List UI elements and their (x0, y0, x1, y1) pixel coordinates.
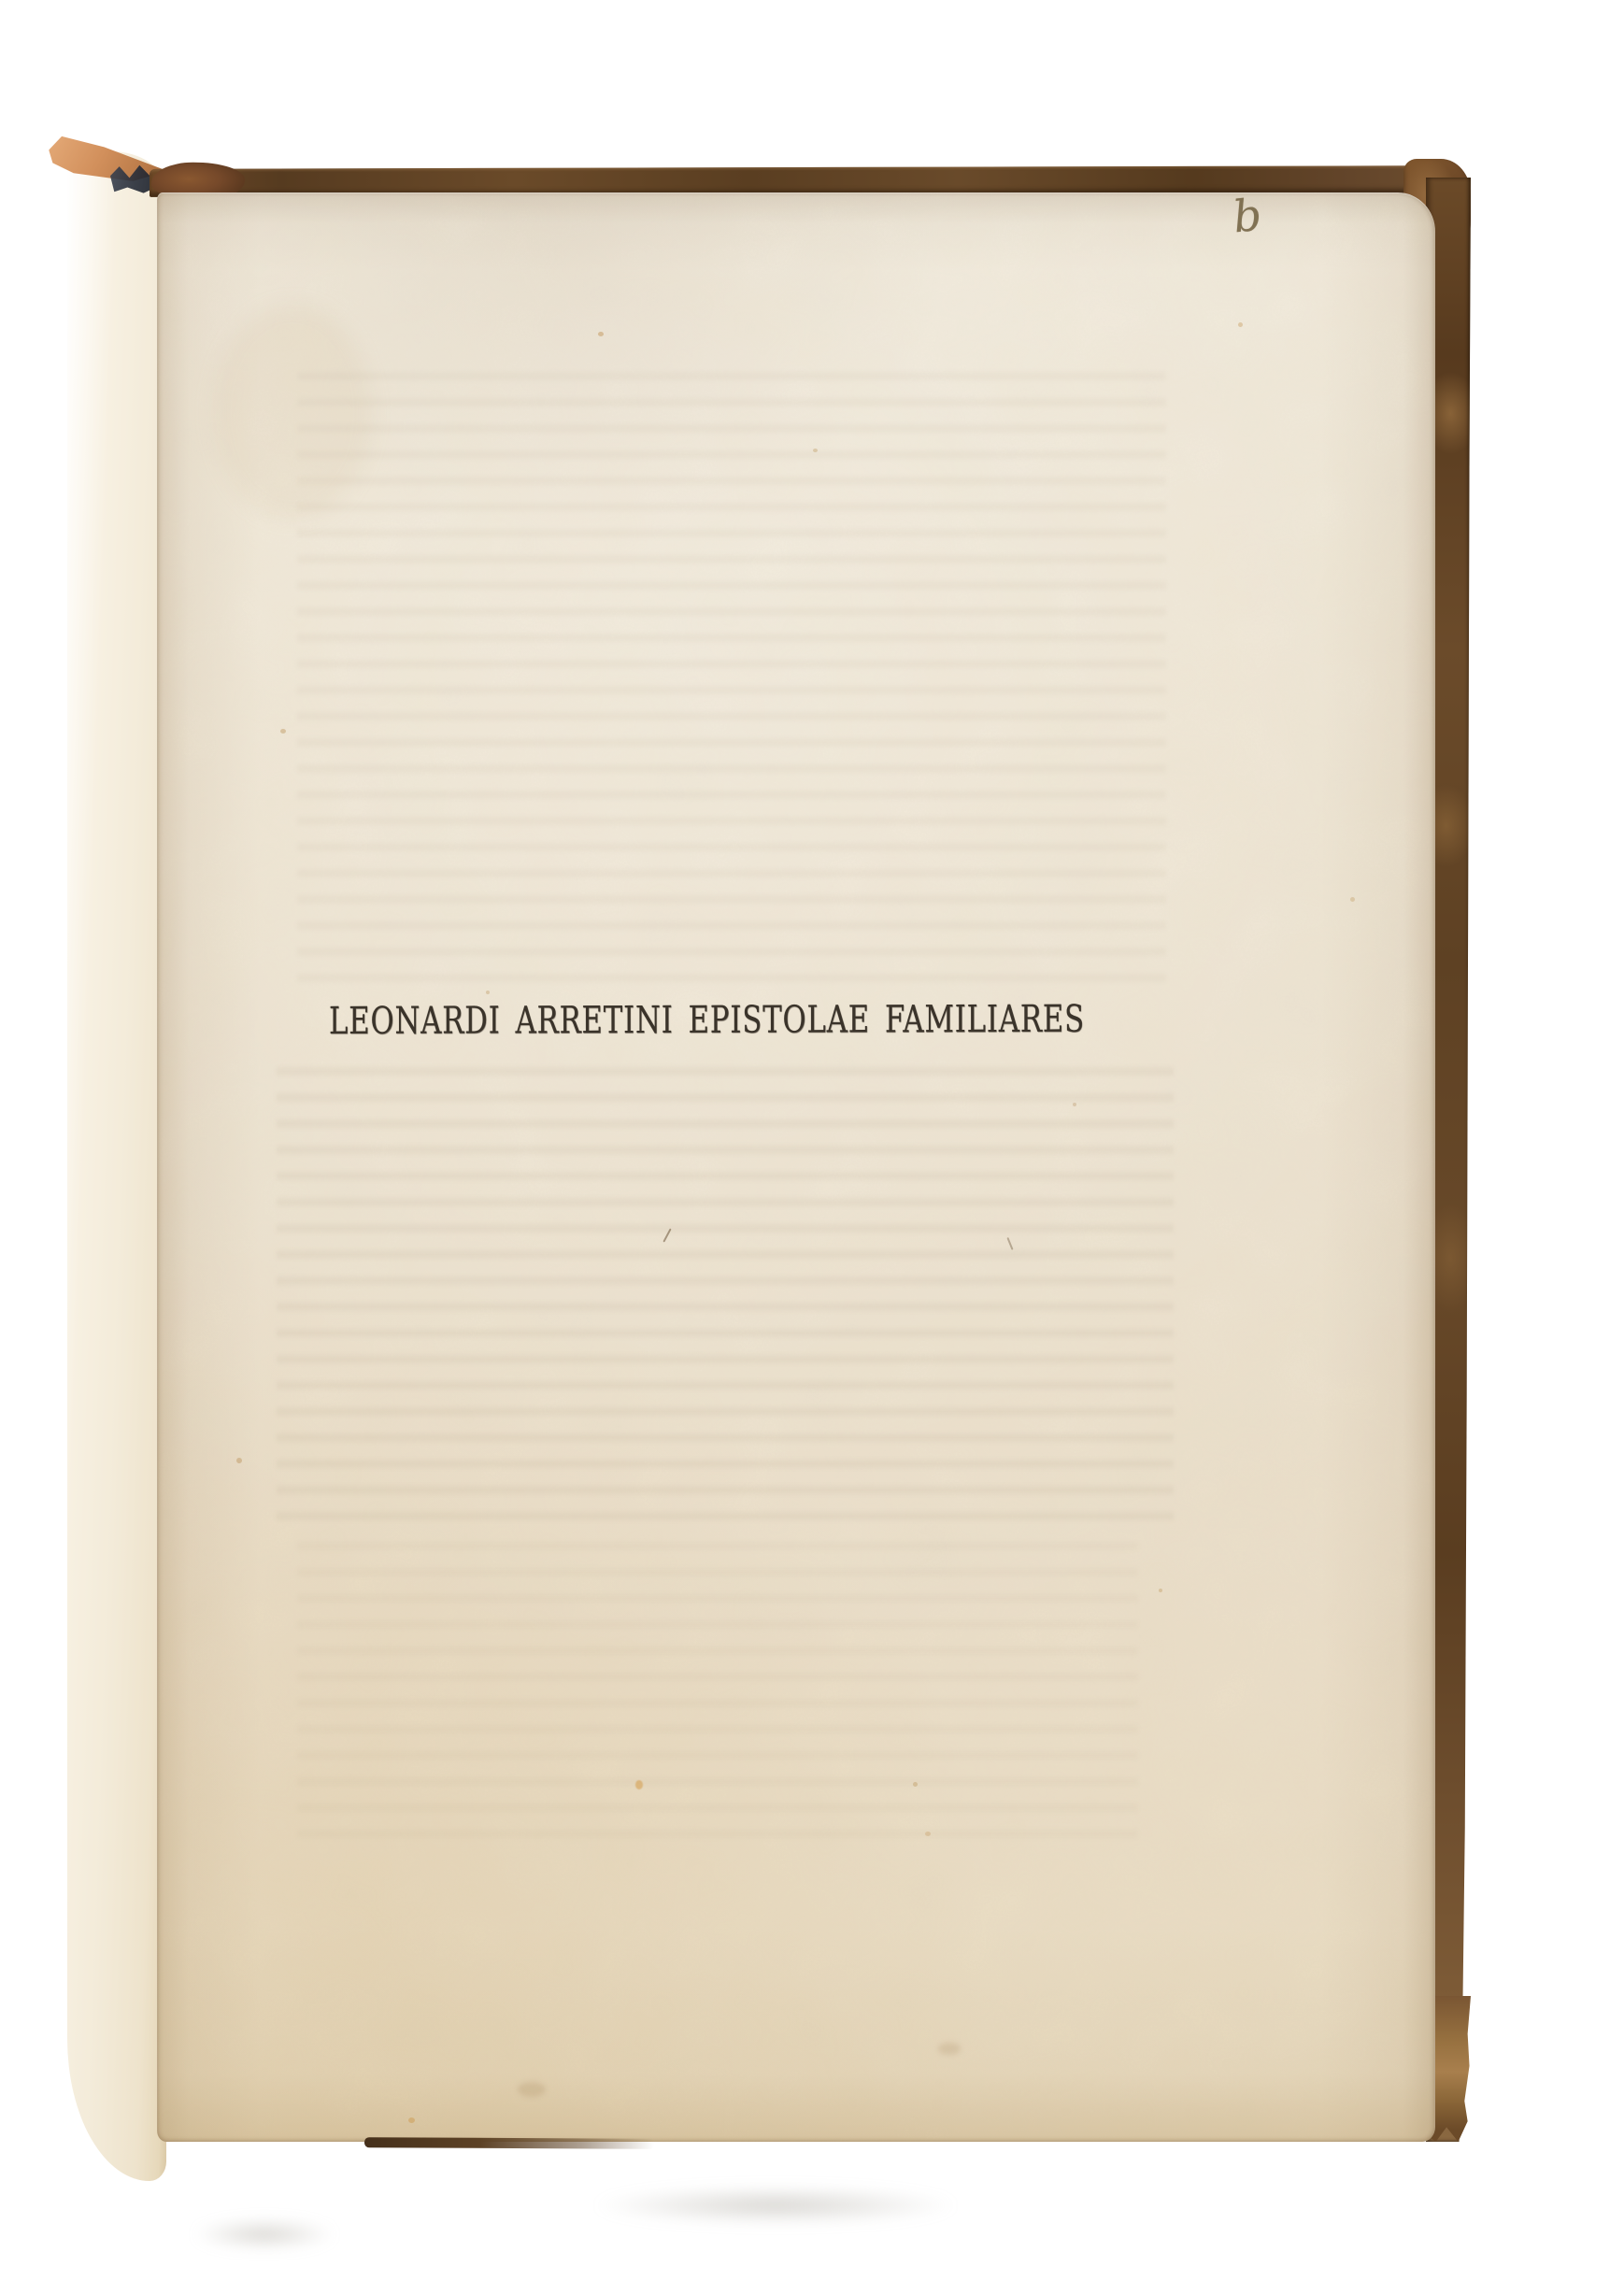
verso-showthrough-lower (277, 1067, 1174, 1534)
foxing-spot (280, 729, 286, 734)
foxing-smudge (938, 2043, 961, 2055)
binding-bottom-edge (364, 2137, 654, 2149)
foxing-spot (598, 332, 604, 336)
book-photograph: LEONARDI ARRETINI EPISTOLAE FAMILIARES b (0, 0, 1624, 2281)
foxing-spot (1350, 897, 1355, 902)
foxing-spot (1073, 1103, 1076, 1106)
curled-flyleaf-edge (67, 151, 166, 2181)
cast-shadow-bottom-left (166, 2213, 363, 2256)
foxing-spot (1159, 1589, 1162, 1592)
foxing-smudge (213, 305, 372, 520)
foxing-smudge (518, 2082, 546, 2097)
foxing-spot (925, 1832, 931, 1836)
printed-title: LEONARDI ARRETINI EPISTOLAE FAMILIARES (329, 1000, 1085, 1041)
verso-showthrough-upper (297, 372, 1166, 985)
foxing-spot (236, 1458, 242, 1463)
foxing-spot (813, 449, 818, 452)
handwritten-mark: b (1231, 192, 1263, 242)
foxing-spot (486, 991, 490, 994)
verso-showthrough-tail (297, 1542, 1138, 1850)
foxing-spot (913, 1782, 918, 1787)
title-page: LEONARDI ARRETINI EPISTOLAE FAMILIARES b (157, 192, 1435, 2142)
foxing-spot (635, 1780, 643, 1789)
foxing-spot (1238, 322, 1243, 327)
cast-shadow-bottom-center (523, 2179, 1028, 2231)
foxing-spot (408, 2117, 415, 2123)
